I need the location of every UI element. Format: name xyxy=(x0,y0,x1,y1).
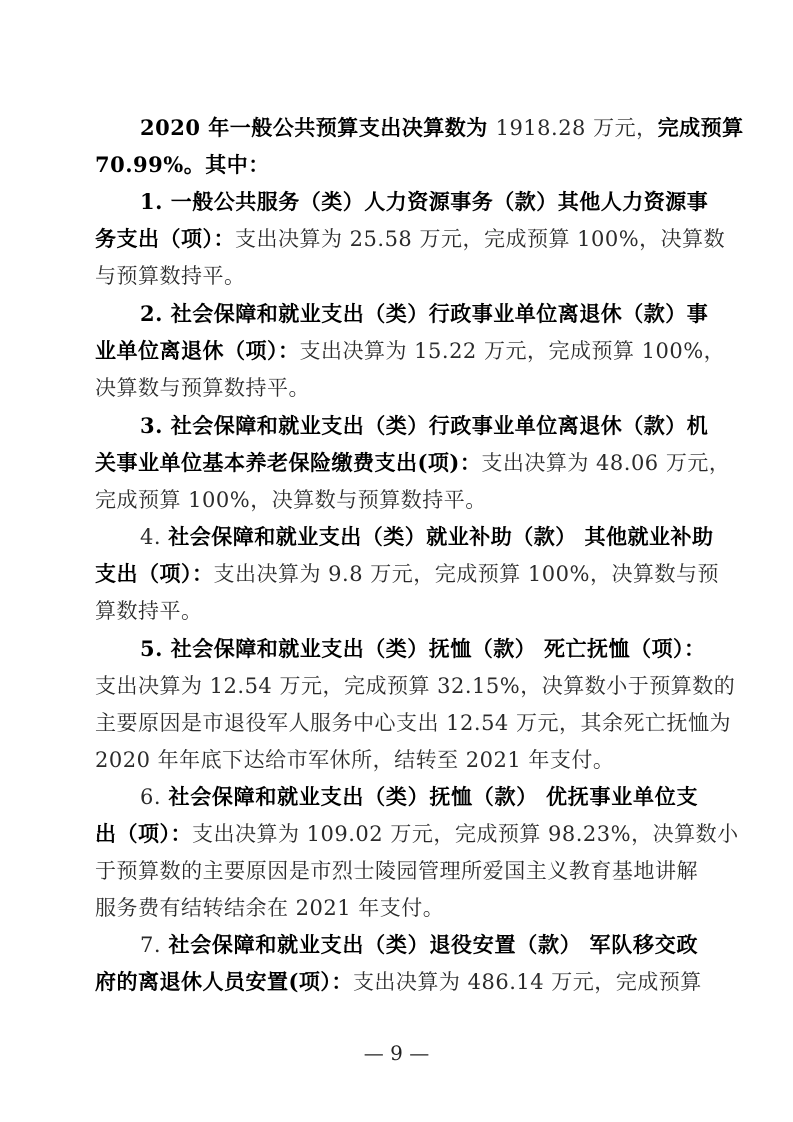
bold-text-run: 完成预算 xyxy=(658,115,744,140)
text-run: 完成预算 100%，决算数与预算数持平。 xyxy=(95,488,487,512)
text-line: 2. 社会保障和就业支出（类）行政事业单位离退休（款）事 xyxy=(140,299,698,329)
text-run: 决算数与预算数持平。 xyxy=(95,376,310,400)
text-line: 支出决算为 12.54 万元，完成预算 32.15%，决算数小于预算数的 xyxy=(95,671,698,701)
text-line: 主要原因是市退役军人服务中心支出 12.54 万元，其余死亡抚恤为 xyxy=(95,708,698,738)
bold-text-run: 社会保障和就业支出（类）就业补助（款） 其他就业补助 xyxy=(168,524,713,549)
text-run: 7. xyxy=(140,933,168,957)
bold-text-run: 关事业单位基本养老保险缴费支出(项)： xyxy=(95,450,481,475)
text-line: 6. 社会保障和就业支出（类）抚恤（款） 优抚事业单位支 xyxy=(140,782,698,812)
bold-text-run: 社会保障和就业支出（类）抚恤（款） 优抚事业单位支 xyxy=(168,784,698,809)
text-run: 于预算数的主要原因是市烈士陵园管理所爱国主义教育基地讲解 xyxy=(95,859,698,883)
text-run: 支出决算为 12.54 万元，完成预算 32.15%，决算数小于预算数的 xyxy=(95,674,735,698)
text-run: 支出决算为 48.06 万元， xyxy=(481,451,730,475)
text-line: 服务费有结转结余在 2021 年支付。 xyxy=(95,893,698,923)
bold-text-run: 1. 一般公共服务（类）人力资源事务（款）其他人力资源事 xyxy=(140,189,708,214)
text-line: 7. 社会保障和就业支出（类）退役安置（款） 军队移交政 xyxy=(140,930,698,960)
text-line: 4. 社会保障和就业支出（类）就业补助（款） 其他就业补助 xyxy=(140,522,698,552)
bold-text-run: 府的离退休人员安置(项）： xyxy=(95,969,353,994)
text-line: 于预算数的主要原因是市烈士陵园管理所爱国主义教育基地讲解 xyxy=(95,856,698,886)
text-line: 3. 社会保障和就业支出（类）行政事业单位离退休（款）机 xyxy=(140,411,698,441)
text-run: 支出决算为 109.02 万元，完成预算 98.23%，决算数小 xyxy=(192,822,739,846)
text-line: 关事业单位基本养老保险缴费支出(项)：支出决算为 48.06 万元， xyxy=(95,448,698,478)
text-line: 5. 社会保障和就业支出（类）抚恤（款） 死亡抚恤（项）： xyxy=(140,634,698,664)
text-line: 务支出（项）：支出决算为 25.58 万元，完成预算 100%，决算数 xyxy=(95,224,698,254)
bold-text-run: 社会保障和就业支出（类）退役安置（款） 军队移交政 xyxy=(168,932,698,957)
text-line: 2020 年年底下达给市军休所，结转至 2021 年支付。 xyxy=(95,745,698,775)
text-line: 出（项）：支出决算为 109.02 万元，完成预算 98.23%，决算数小 xyxy=(95,819,698,849)
text-run: 6. xyxy=(140,785,168,809)
bold-text-run: 2020 年一般公共预算支出决算数为 xyxy=(140,115,496,140)
page-number: — 9 — xyxy=(0,1038,793,1068)
text-run: 算数持平。 xyxy=(95,599,203,623)
bold-text-run: 业单位离退休（项）： xyxy=(95,338,300,363)
text-run: 支出决算为 15.22 万元，完成预算 100%， xyxy=(300,339,726,363)
text-run: 与预算数持平。 xyxy=(95,264,246,288)
text-line: 算数持平。 xyxy=(95,596,698,626)
text-line: 完成预算 100%，决算数与预算数持平。 xyxy=(95,485,698,515)
text-run: 主要原因是市退役军人服务中心支出 12.54 万元，其余死亡抚恤为 xyxy=(95,711,731,735)
text-run: 支出决算为 9.8 万元，完成预算 100%，决算数与预 xyxy=(214,562,719,586)
bold-text-run: 3. 社会保障和就业支出（类）行政事业单位离退休（款）机 xyxy=(140,413,708,438)
bold-text-run: 2. 社会保障和就业支出（类）行政事业单位离退休（款）事 xyxy=(140,301,708,326)
text-line: 业单位离退休（项）：支出决算为 15.22 万元，完成预算 100%， xyxy=(95,336,698,366)
bold-text-run: 5. 社会保障和就业支出（类）抚恤（款） 死亡抚恤（项）： xyxy=(140,636,706,661)
text-run: 1918.28 万元， xyxy=(496,116,658,140)
text-line: 支出（项）：支出决算为 9.8 万元，完成预算 100%，决算数与预 xyxy=(95,559,698,589)
bold-text-run: 务支出（项）： xyxy=(95,226,235,251)
text-line: 70.99%。其中： xyxy=(95,150,698,180)
text-line: 府的离退休人员安置(项）：支出决算为 486.14 万元，完成预算 xyxy=(95,967,698,997)
bold-text-run: 支出（项）： xyxy=(95,561,214,586)
text-line: 决算数与预算数持平。 xyxy=(95,373,698,403)
text-run: 支出决算为 486.14 万元，完成预算 xyxy=(353,970,702,994)
text-run: 2020 年年底下达给市军休所，结转至 2021 年支付。 xyxy=(95,748,614,772)
bold-text-run: 出（项）： xyxy=(95,821,192,846)
text-run: 支出决算为 25.58 万元，完成预算 100%，决算数 xyxy=(235,227,725,251)
text-run: 4. xyxy=(140,525,168,549)
document-page: 2020 年一般公共预算支出决算数为 1918.28 万元，完成预算70.99%… xyxy=(0,0,793,1122)
bold-text-run: 70.99%。其中： xyxy=(95,152,270,177)
text-line: 2020 年一般公共预算支出决算数为 1918.28 万元，完成预算 xyxy=(140,113,698,143)
text-run: 服务费有结转结余在 2021 年支付。 xyxy=(95,896,444,920)
text-line: 1. 一般公共服务（类）人力资源事务（款）其他人力资源事 xyxy=(140,187,698,217)
text-line: 与预算数持平。 xyxy=(95,261,698,291)
